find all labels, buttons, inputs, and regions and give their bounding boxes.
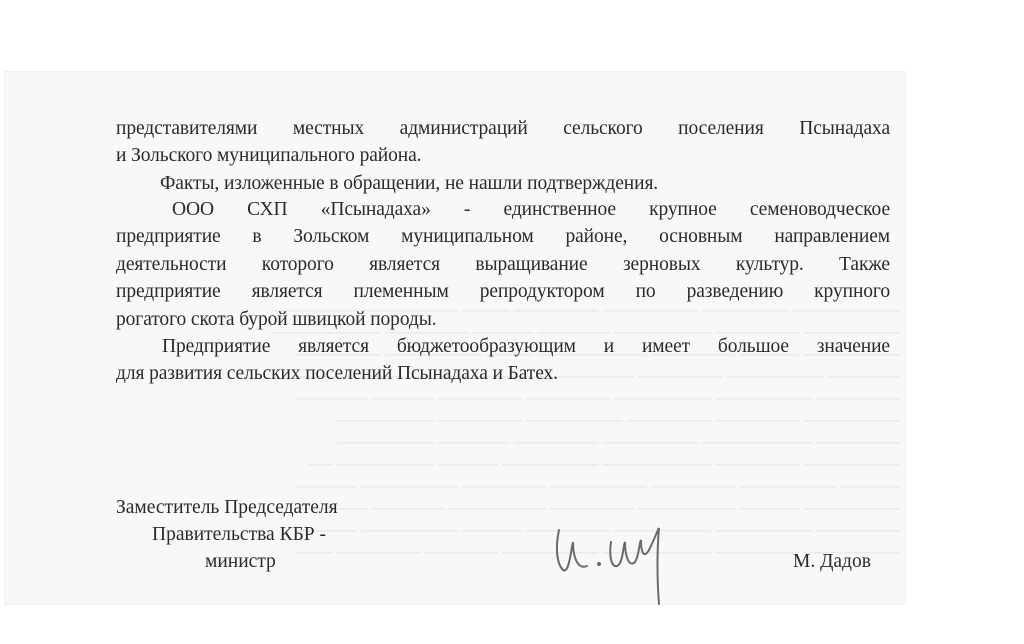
signatory-name: М. Дадов <box>793 551 871 573</box>
signatory-title-line-2: Правительства КБР - <box>152 524 326 546</box>
body-line-6: деятельности которого является выращиван… <box>116 254 890 276</box>
signature-icon <box>545 520 675 610</box>
body-line-8: рогатого скота бурой швицкой породы. <box>116 309 437 331</box>
signatory-title-line-1: Заместитель Председателя <box>116 497 338 519</box>
body-line-9: Предприятие является бюджетообразующим и… <box>162 336 890 358</box>
body-line-10: для развития сельских поселений Псынадах… <box>116 363 558 385</box>
body-line-1: представителями местных администраций се… <box>116 118 890 140</box>
body-line-3: Факты, изложенные в обращении, не нашли … <box>160 173 658 195</box>
signatory-title-line-3: министр <box>205 551 276 573</box>
body-line-2: и Зольского муниципального района. <box>116 145 421 167</box>
body-line-4: ООО СХП «Псынадаха» - единственное крупн… <box>172 199 890 221</box>
body-line-5: предприятие в Зольском муниципальном рай… <box>116 226 890 248</box>
body-line-7: предприятие является племенным репродукт… <box>116 281 890 303</box>
